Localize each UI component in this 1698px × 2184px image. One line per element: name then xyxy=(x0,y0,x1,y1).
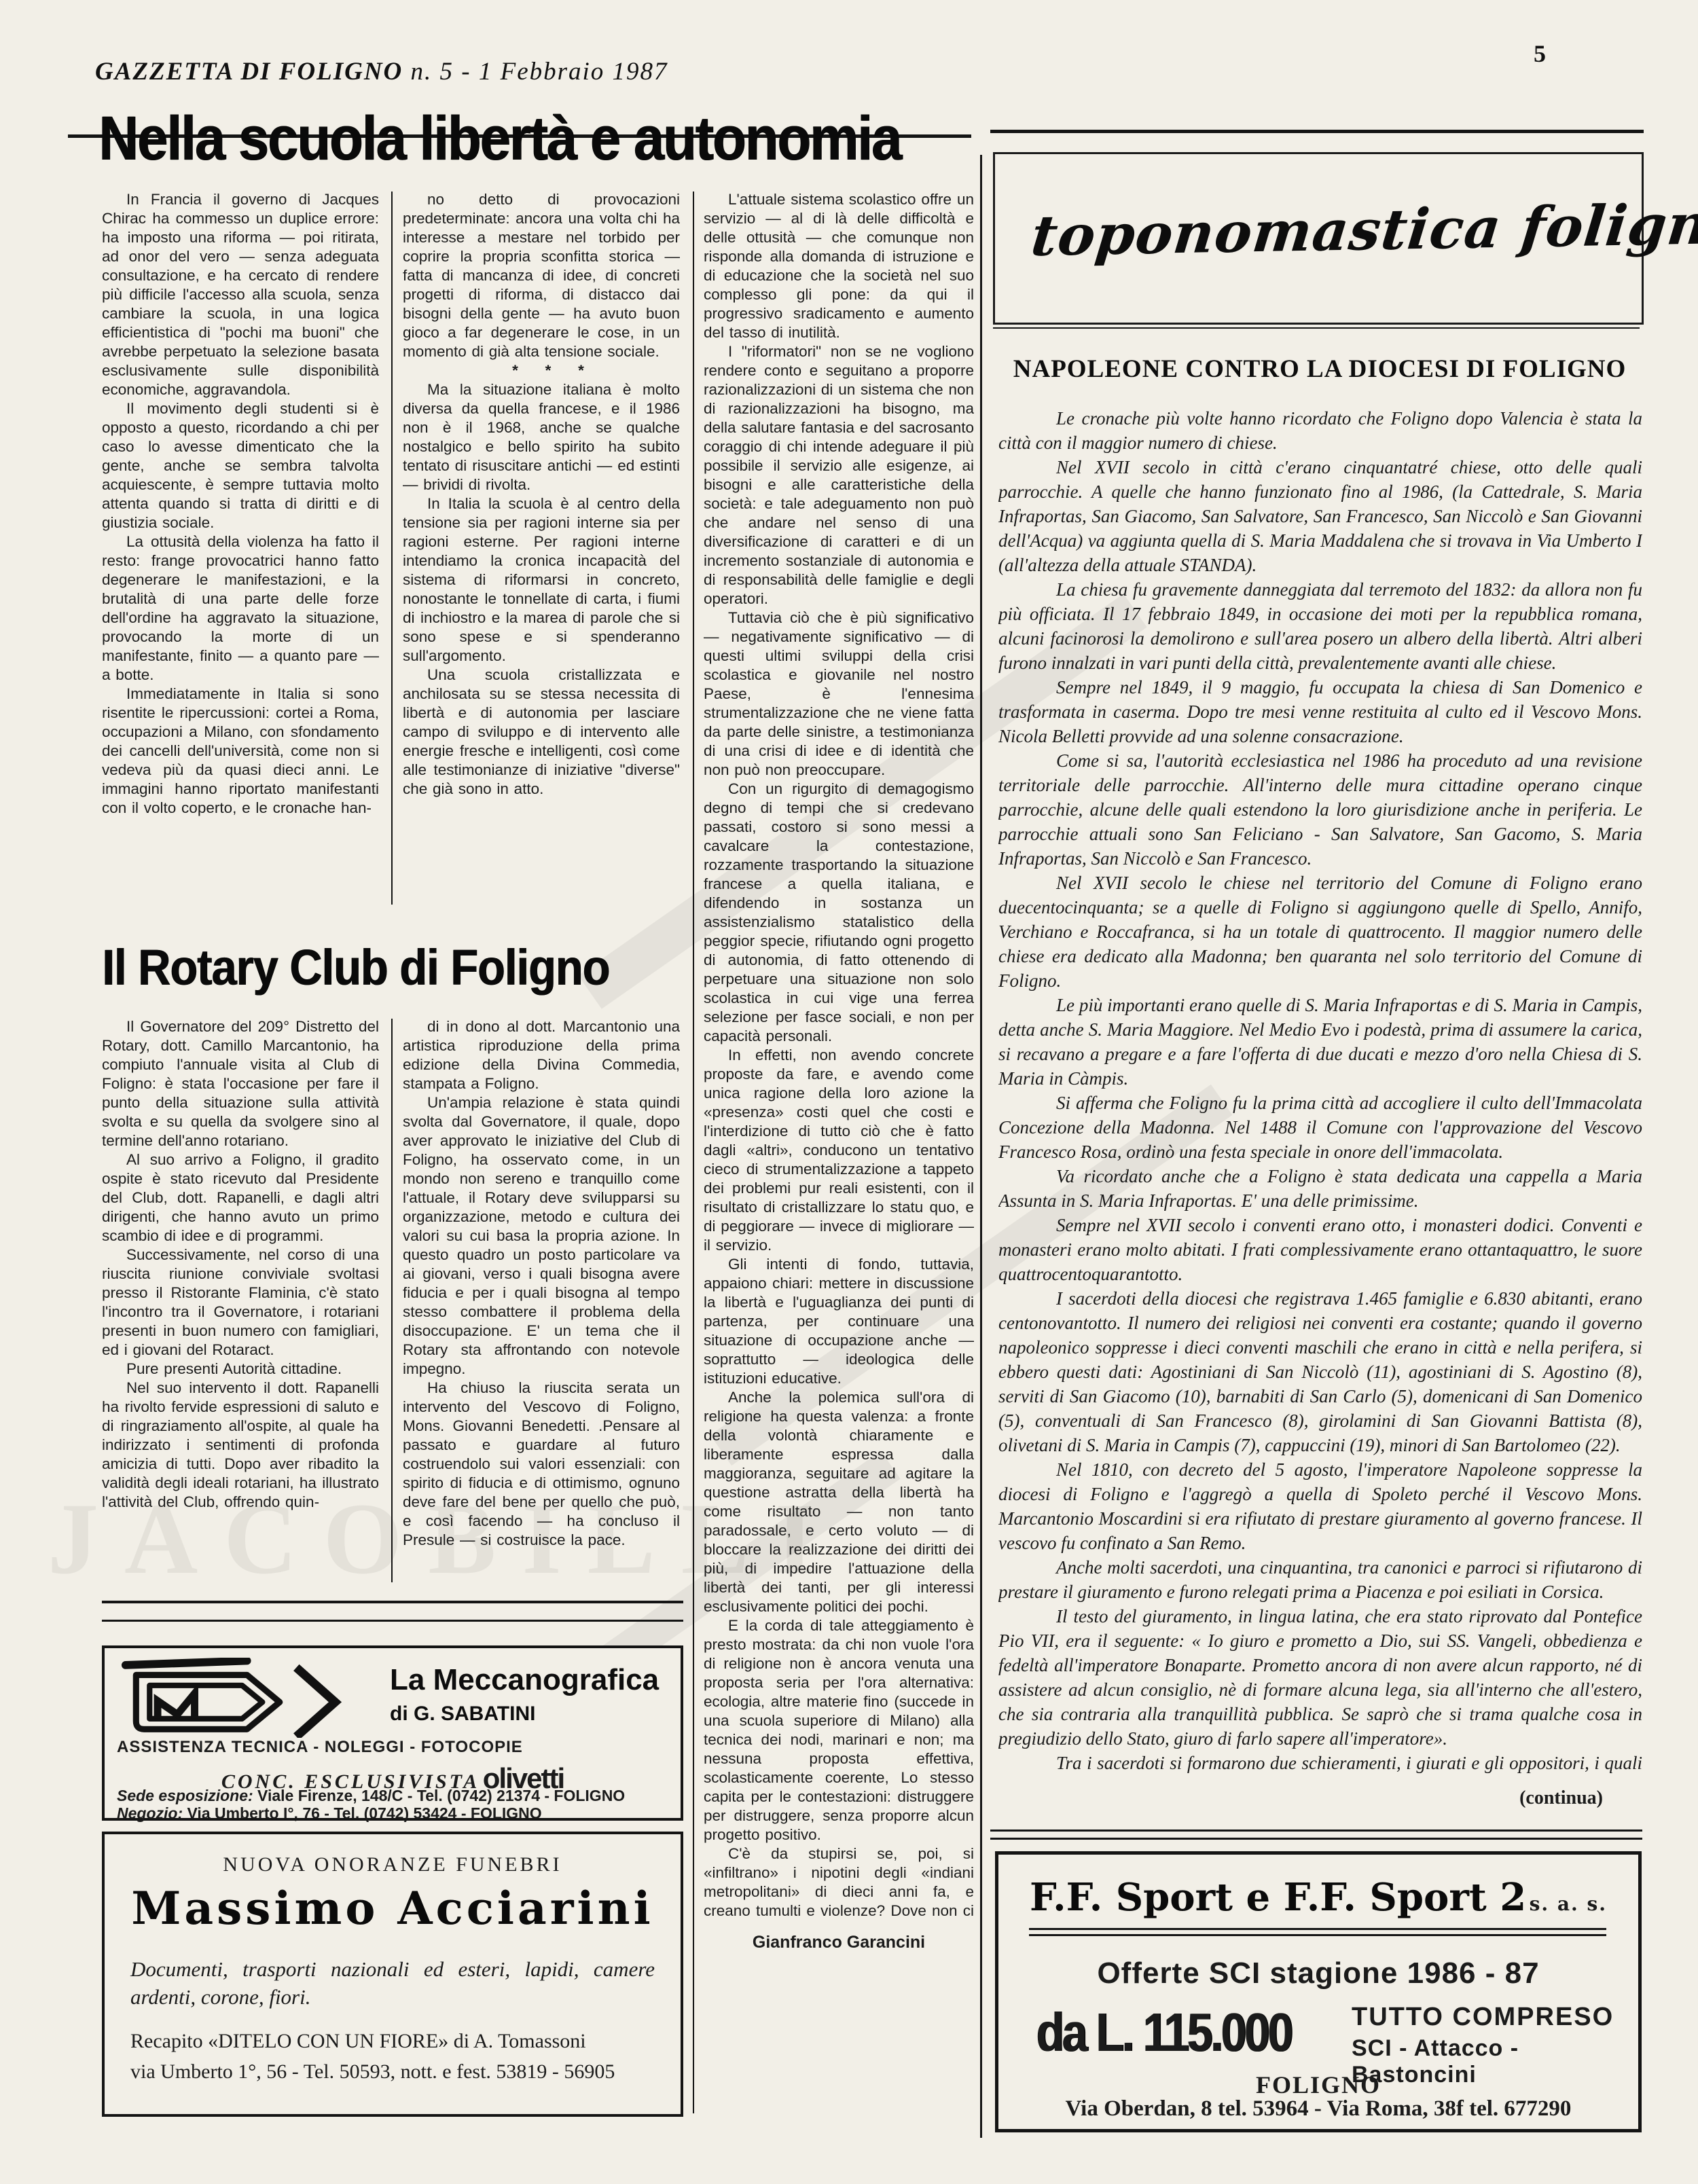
ffsport-address: Via Oberdan, 8 tel. 53964 - Via Roma, 38… xyxy=(998,2096,1638,2122)
paragraph: C'è da stupirsi se, poi, si «infiltrano»… xyxy=(704,1844,974,1921)
article-title-rotary: Il Rotary Club di Foligno xyxy=(102,943,609,993)
paragraph: Sempre nel XVII secolo i conventi erano … xyxy=(998,1213,1642,1286)
acciarini-name: Massimo Acciarini xyxy=(105,1882,681,1935)
paragraph: Nel suo intervento il dott. Rapanelli ha… xyxy=(102,1379,379,1512)
scuola-column-1: In Francia il governo di Jacques Chirac … xyxy=(102,190,379,909)
negozio-label: Negozio: xyxy=(117,1804,183,1822)
topobox-under-rule xyxy=(993,327,1640,329)
meccanografica-sub: di G. SABATINI xyxy=(390,1703,535,1726)
paragraph: Una scuola cristallizzata e anchilosata … xyxy=(403,666,680,799)
acciarini-description: Documenti, trasporti nazionali ed esteri… xyxy=(130,1955,655,2011)
byline-garancini: Gianfranco Garancini xyxy=(704,1933,974,1952)
topo-headline: NAPOLEONE CONTRO LA DIOCESI DI FOLIGNO xyxy=(997,354,1642,384)
rotary-bottom-rule-2 xyxy=(102,1620,683,1622)
paragraph: Sempre nel 1849, il 9 maggio, fu occupat… xyxy=(998,675,1642,748)
paragraph: Nel 1810, con decreto del 5 agosto, l'im… xyxy=(998,1457,1642,1555)
meccanografica-negozio: Negozio: Via Umberto I°, 76 - Tel. (0742… xyxy=(117,1804,542,1823)
ffsport-title-row: F.F. Sport e F.F. Sport 2 s. a. s. xyxy=(998,1875,1638,1920)
ffsport-suffix: s. a. s. xyxy=(1530,1893,1607,1915)
paragraph: Immediatamente in Italia si sono risenti… xyxy=(102,685,379,818)
paragraph: Le più importanti erano quelle di S. Mar… xyxy=(998,993,1642,1091)
paragraph: Un'ampia relazione è stata quindi svolta… xyxy=(403,1093,680,1379)
paragraph: In Francia il governo di Jacques Chirac … xyxy=(102,190,379,399)
article-title-scuola: Nella scuola libertà e autonomia xyxy=(98,107,901,170)
acciarini-contact-1: Recapito «DITELO CON UN FIORE» di A. Tom… xyxy=(130,2028,655,2055)
ad-acciarini: NUOVA ONORANZE FUNEBRI Massimo Acciarini… xyxy=(102,1832,683,2117)
paragraph: Ma la situazione italiana è molto divers… xyxy=(403,380,680,494)
toponomastica-title-box: toponomastica folignate xyxy=(993,152,1644,325)
column-rule-2 xyxy=(693,192,694,2113)
acciarini-kicker: NUOVA ONORANZE FUNEBRI xyxy=(105,1853,681,1876)
meccanografica-sede: Sede esposizione: Viale Firenze, 148/C -… xyxy=(117,1787,625,1805)
rotary-bottom-rule-1 xyxy=(102,1601,683,1603)
paragraph: Come si sa, l'autorità ecclesiastica nel… xyxy=(998,748,1642,871)
paragraph: Si afferma che Foligno fu la prima città… xyxy=(998,1091,1642,1164)
page-number: 5 xyxy=(1534,39,1546,68)
paragraph: Gli intenti di fondo, tuttavia, appaiono… xyxy=(704,1255,974,1388)
paragraph: Anche la polemica sull'ora di religione … xyxy=(704,1388,974,1616)
paragraph: Successivamente, nel corso di una riusci… xyxy=(102,1245,379,1360)
ffsport-city: FOLIGNO xyxy=(998,2071,1638,2099)
paragraph: Il movimento degli studenti si è opposto… xyxy=(102,399,379,532)
paragraph: di in dono al dott. Marcantonio una arti… xyxy=(403,1017,680,1093)
masthead-title: GAZZETTA DI FOLIGNO xyxy=(95,58,403,86)
paragraph: I "riformatori" non se ne vogliono rende… xyxy=(704,342,974,608)
column-rule-1 xyxy=(391,192,393,905)
section-divider: * * * xyxy=(403,361,680,380)
toponomastica-script-title: toponomastica folignate xyxy=(1029,195,1698,264)
paragraph: La ottusità della violenza ha fatto il r… xyxy=(102,532,379,685)
ad-meccanografica: La Meccanografica di G. SABATINI ASSISTE… xyxy=(102,1645,683,1821)
paragraph: In Italia la scuola è al centro della te… xyxy=(403,494,680,666)
paragraph: Va ricordato anche che a Foligno è stata… xyxy=(998,1164,1642,1213)
paragraph: Nel XVII secolo le chiese nel territorio… xyxy=(998,871,1642,993)
ff-top-rule-2 xyxy=(990,1838,1642,1840)
newspaper-page: JACOBILLI GAZZETTA DI FOLIGNO n. 5 - 1 F… xyxy=(0,0,1698,2184)
column-rule-rotary xyxy=(391,1019,393,1582)
paragraph: Ha chiuso la riuscita serata un interven… xyxy=(403,1379,680,1550)
paragraph: Anche molti sacerdoti, una cinquantina, … xyxy=(998,1555,1642,1604)
paragraph: Tuttavia ciò che è più significativo — n… xyxy=(704,608,974,780)
paragraph: Il testo del giuramento, in lingua latin… xyxy=(998,1604,1642,1751)
paragraph: Con un rigurgito di demagogismo degno di… xyxy=(704,780,974,1046)
paragraph: Tra i sacerdoti si formarono due schiera… xyxy=(998,1751,1642,1779)
paragraph: L'attuale sistema scolastico offre un se… xyxy=(704,190,974,342)
ffsport-offer: Offerte SCI stagione 1986 - 87 xyxy=(998,1956,1638,1990)
rotary-column-1: Il Governatore del 209° Distretto del Ro… xyxy=(102,1017,379,1589)
meccanografica-arrow-m-logo-icon xyxy=(120,1658,344,1738)
scuola-column-2: no detto di provocazioni predeterminate:… xyxy=(403,190,680,909)
rotary-column-2: di in dono al dott. Marcantonio una arti… xyxy=(403,1017,680,1589)
ff-top-rule-1 xyxy=(990,1830,1642,1832)
masthead-issue: n. 5 - 1 Febbraio 1987 xyxy=(411,58,668,86)
topo-article-text: Le cronache più volte hanno ricordato ch… xyxy=(998,406,1642,1779)
masthead: GAZZETTA DI FOLIGNO n. 5 - 1 Febbraio 19… xyxy=(95,57,668,86)
paragraph: Il Governatore del 209° Distretto del Ro… xyxy=(102,1017,379,1150)
paragraph: E la corda di tale atteggiamento è prest… xyxy=(704,1616,974,1844)
paragraph: Nel XVII secolo in città c'erano cinquan… xyxy=(998,455,1642,577)
acciarini-contact-2: via Umberto 1°, 56 - Tel. 50593, nott. e… xyxy=(130,2058,655,2086)
paragraph: In effetti, non avendo concrete proposte… xyxy=(704,1046,974,1255)
ad-ffsport: F.F. Sport e F.F. Sport 2 s. a. s. Offer… xyxy=(995,1851,1642,2132)
negozio-text: Via Umberto I°, 76 - Tel. (0742) 53424 -… xyxy=(183,1804,542,1822)
header-rule-right xyxy=(990,130,1644,133)
ffsport-title: F.F. Sport e F.F. Sport 2 xyxy=(1030,1875,1526,1920)
ffsport-price: da L. 115.000 xyxy=(1036,2005,1290,2060)
ffsport-included: TUTTO COMPRESO xyxy=(1352,2003,1614,2032)
meccanografica-name: La Meccanografica xyxy=(390,1663,659,1697)
paragraph: no detto di provocazioni predeterminate:… xyxy=(403,190,680,361)
right-column-separator xyxy=(980,155,982,2138)
paragraph: La chiesa fu gravemente danneggiata dal … xyxy=(998,577,1642,675)
paragraph: Le cronache più volte hanno ricordato ch… xyxy=(998,406,1642,455)
meccanografica-services: ASSISTENZA TECNICA - NOLEGGI - FOTOCOPIE xyxy=(117,1738,523,1757)
sede-text: Viale Firenze, 148/C - Tel. (0742) 21374… xyxy=(253,1787,626,1804)
sede-label: Sede esposizione: xyxy=(117,1787,253,1804)
ffsport-title-underline xyxy=(1029,1928,1606,1936)
scuola-column-3: L'attuale sistema scolastico offre un se… xyxy=(704,190,974,1921)
topo-continua: (continua) xyxy=(998,1787,1603,1809)
paragraph: I sacerdoti della diocesi che registrava… xyxy=(998,1286,1642,1457)
paragraph: Pure presenti Autorità cittadine. xyxy=(102,1360,379,1379)
paragraph: Al suo arrivo a Foligno, il gradito ospi… xyxy=(102,1150,379,1245)
